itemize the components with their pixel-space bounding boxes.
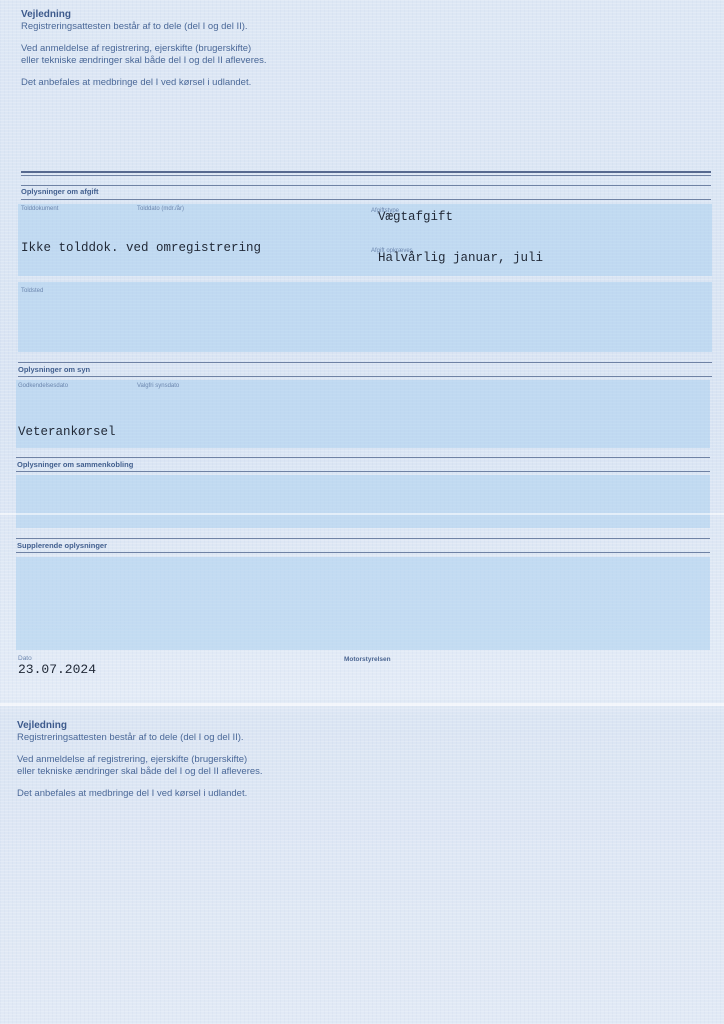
afgift-field-box <box>18 204 712 276</box>
divider <box>21 199 711 200</box>
section-title-afgift: Oplysninger om afgift <box>21 187 99 196</box>
guidance-line: eller tekniske ændringer skal både del I… <box>21 55 267 67</box>
guidance-line: eller tekniske ændringer skal både del I… <box>17 766 263 778</box>
supplerende-field-box <box>16 557 710 650</box>
section-title-syn: Oplysninger om syn <box>18 365 90 374</box>
label-dato: Dato <box>18 655 32 662</box>
guidance-line: Registreringsattesten består af to dele … <box>21 21 267 33</box>
value-afgift-opkraeves: Halvårlig januar, juli <box>378 251 543 265</box>
value-syn: Veterankørsel <box>18 425 116 439</box>
guidance-title: Vejledning <box>21 9 267 21</box>
toldsted-field-box <box>18 282 712 352</box>
label-toldsted: Toldsted <box>21 288 43 294</box>
issuer-name: Motorstyrelsen <box>344 656 391 663</box>
section-title-supplerende: Supplerende oplysninger <box>17 541 107 550</box>
label-tolddato: Tolddato (mdr./år) <box>137 206 184 212</box>
value-dato: 23.07.2024 <box>18 662 96 677</box>
guidance-bottom: Vejledning Registreringsattesten består … <box>17 720 263 800</box>
guidance-line: Ved anmeldelse af registrering, ejerskif… <box>17 754 263 766</box>
guidance-line: Registreringsattesten består af to dele … <box>17 732 263 744</box>
divider <box>16 552 710 553</box>
divider <box>16 457 710 458</box>
divider <box>16 471 710 472</box>
guidance-line: Ved anmeldelse af registrering, ejerskif… <box>21 43 267 55</box>
divider <box>21 175 711 176</box>
value-afgiftstype: Vægtafgift <box>378 210 453 224</box>
page-separator <box>0 703 724 706</box>
divider <box>16 538 710 539</box>
guidance-top: Vejledning Registreringsattesten består … <box>21 9 267 89</box>
syn-field-box <box>16 380 710 448</box>
label-godkendelsesdato: Godkendelsesdato <box>18 383 68 389</box>
guidance-line: Det anbefales at medbringe del I ved kør… <box>21 77 267 89</box>
divider <box>21 171 711 173</box>
value-tolddokument: Ikke tolddok. ved omregistrering <box>21 241 261 255</box>
guidance-line: Det anbefales at medbringe del I ved kør… <box>17 788 263 800</box>
divider <box>18 362 712 363</box>
divider <box>18 376 712 377</box>
label-tolddokument: Tolddokument <box>21 206 58 212</box>
guidance-title: Vejledning <box>17 720 263 732</box>
label-valgfri-synsdato: Valgfri synsdato <box>137 383 179 389</box>
sammenkobling-field-box <box>16 475 710 528</box>
section-title-sammenkobling: Oplysninger om sammenkobling <box>17 460 133 469</box>
divider <box>21 185 711 186</box>
paper-fold <box>0 513 724 515</box>
